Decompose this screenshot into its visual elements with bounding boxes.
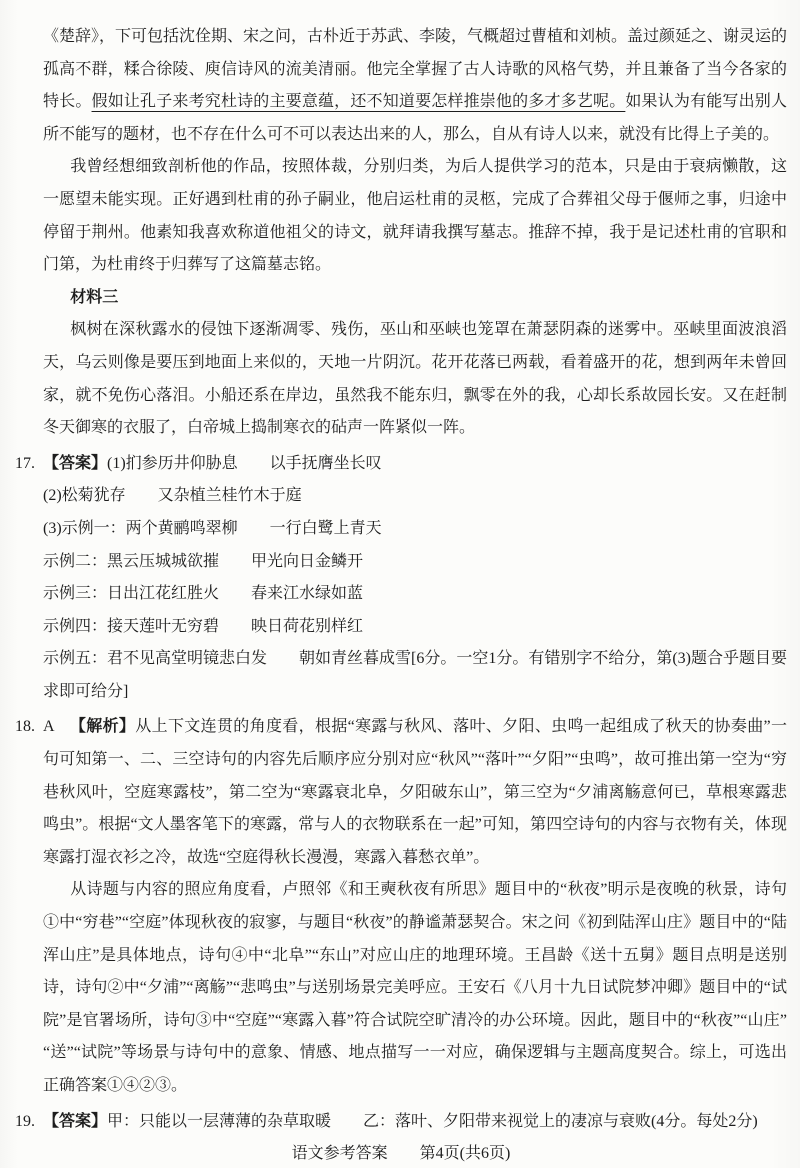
answer-line: 【答案】(1)扪参历井仰胁息 以手抚膺坐长叹 [43,448,787,481]
answer-item-19: 19. 【答案】甲：只能以一层薄薄的杂草取暖 乙：落叶、夕阳带来视觉上的凄凉与衰… [15,1106,787,1139]
answer-label: 【答案】 [43,1113,107,1130]
answer-line-text: (1)扪参历井仰胁息 以手抚膺坐长叹 [107,455,382,472]
material-3-heading: 材料三 [43,282,787,315]
answer-line: (3)示例一：两个黄鹂鸣翠柳 一行白鹭上青天 [43,513,787,546]
page-footer: 语文参考答案 第4页(共6页) [15,1138,787,1168]
page-content: 《楚辞》，下可包括沈佺期、宋之问，古朴近于苏武、李陵，气概超过曹植和刘桢。盖过颜… [15,21,787,1138]
underlined-sentence: 假如让孔子来考究杜诗的主要意蕴，还不知道要怎样推崇他的多才多艺呢。 [92,93,626,110]
answer-choice: A [43,718,55,735]
answer-item-17: 17. 【答案】(1)扪参历井仰胁息 以手抚膺坐长叹 (2)松菊犹存 又杂植兰桂… [15,448,787,709]
item-number: 18. [15,711,35,744]
analysis-text-1: 从上下文连贯的角度看，根据“寒露与秋风、落叶、夕阳、虫鸣一起组成了秋天的协奏曲”… [43,718,787,865]
answer-line: 示例二：黑云压城城欲摧 甲光向日金鳞开 [43,546,787,579]
answer-line: 示例四：接天莲叶无穷碧 映日荷花别样红 [43,611,787,644]
answer-item-18: 18. A【解析】从上下文连贯的角度看，根据“寒露与秋风、落叶、夕阳、虫鸣一起组… [15,711,787,1102]
analysis-label: 【解析】 [70,718,136,735]
answer-line: 【答案】甲：只能以一层薄薄的杂草取暖 乙：落叶、夕阳带来视觉上的凄凉与衰败(4分… [43,1106,787,1139]
analysis-paragraph-1: A【解析】从上下文连贯的角度看，根据“寒露与秋风、落叶、夕阳、虫鸣一起组成了秋天… [43,711,787,874]
answer-sheet-page: 《楚辞》，下可包括沈佺期、宋之问，古朴近于苏武、李陵，气概超过曹植和刘桢。盖过颜… [0,0,800,1168]
item-number: 19. [15,1106,35,1139]
intro-paragraph-1: 《楚辞》，下可包括沈佺期、宋之问，古朴近于苏武、李陵，气概超过曹植和刘桢。盖过颜… [43,21,787,151]
answer-line: 示例三：日出江花红胜火 春来江水绿如蓝 [43,578,787,611]
answer-line: (2)松菊犹存 又杂植兰桂竹木于庭 [43,480,787,513]
answer-text: 甲：只能以一层薄薄的杂草取暖 乙：落叶、夕阳带来视觉上的凄凉与衰败(4分。每处2… [107,1113,758,1130]
analysis-paragraph-2: 从诗题与内容的照应角度看，卢照邻《和王奭秋夜有所思》题目中的“秋夜”明示是夜晚的… [43,874,787,1102]
intro-paragraph-2: 我曾经想细致剖析他的作品，按照体裁，分别归类，为后人提供学习的范本，只是由于衰病… [43,151,787,281]
answer-line: 示例五：君不见高堂明镜悲白发 朝如青丝暮成雪[6分。一空1分。有错别字不给分，第… [43,643,787,708]
answer-label: 【答案】 [43,455,107,472]
material-3-paragraph: 枫树在深秋露水的侵蚀下逐渐凋零、残伤，巫山和巫峡也笼罩在萧瑟阴森的迷雾中。巫峡里… [43,314,787,444]
item-number: 17. [15,448,35,481]
